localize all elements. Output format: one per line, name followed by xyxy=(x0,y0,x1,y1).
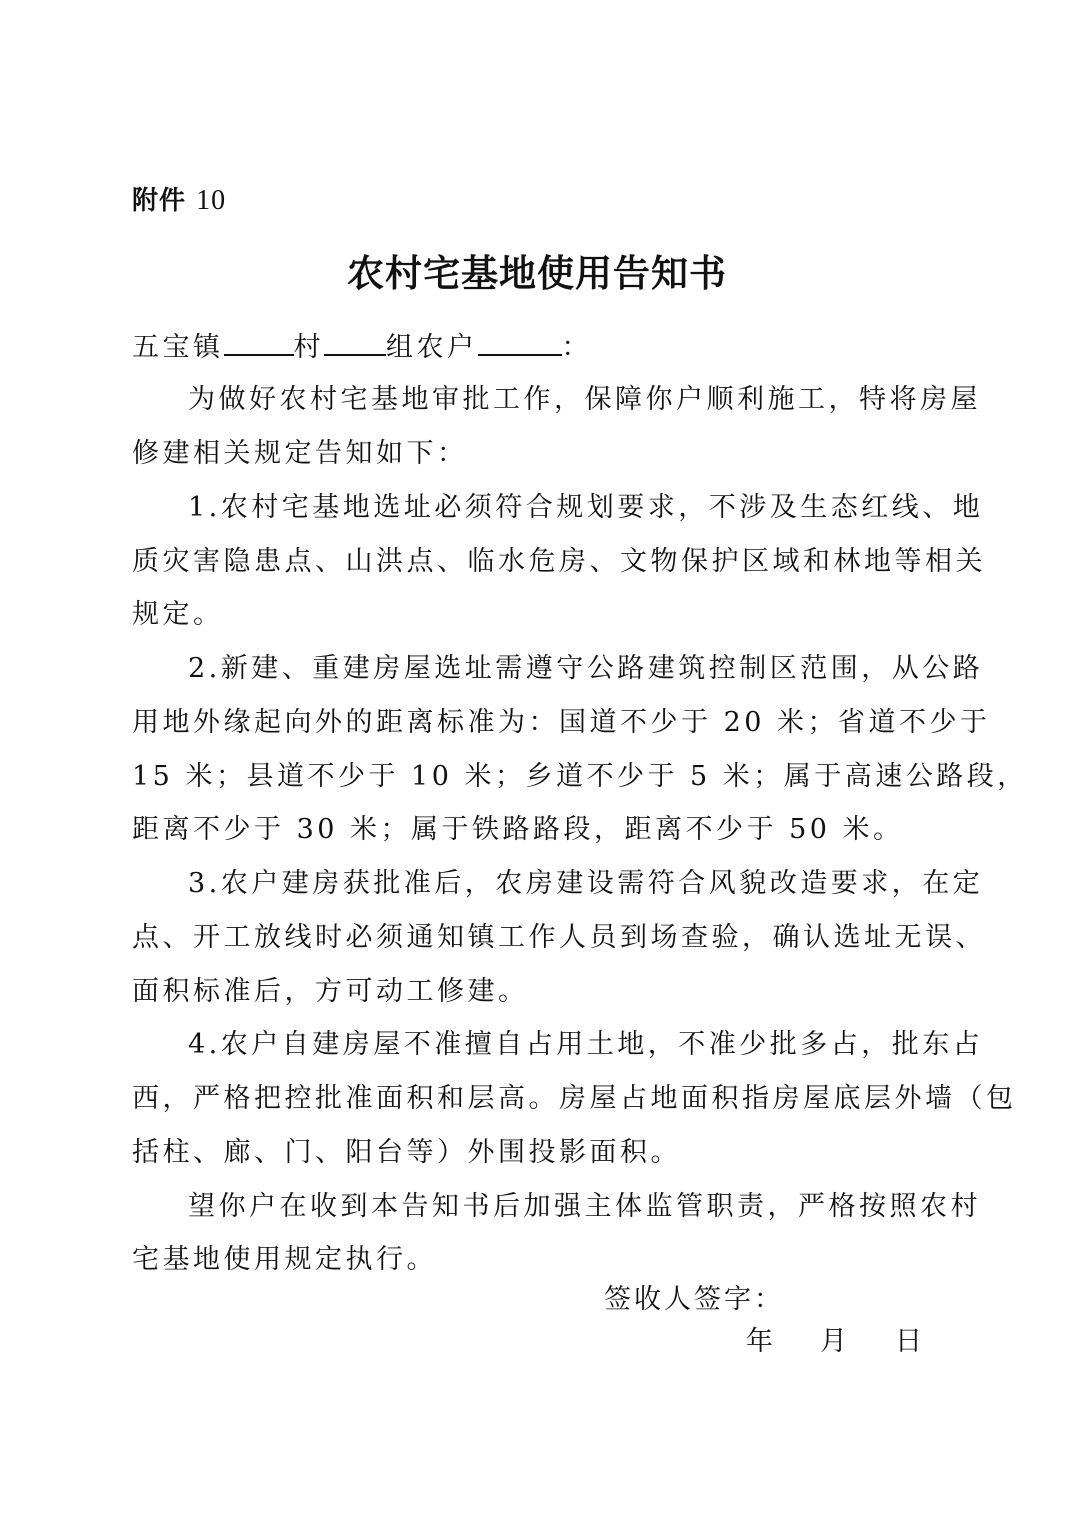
village-blank[interactable] xyxy=(224,328,294,356)
attachment-text: 附件 xyxy=(132,186,186,216)
item-1-line-1: 1.农村宅基地选址必须符合规划要求，不涉及生态红线、地 xyxy=(188,491,983,525)
closing-line-2: 宅基地使用规定执行。 xyxy=(132,1243,437,1277)
intro-line-1: 为做好农村宅基地审批工作，保障你户顺利施工，特将房屋 xyxy=(188,383,981,417)
date-year: 年 xyxy=(746,1325,773,1359)
closing-line-1: 望你户在收到本告知书后加强主体监管职责，严格按照农村 xyxy=(188,1190,981,1224)
date-day: 日 xyxy=(895,1325,922,1359)
item-2-line-3: 15 米；县道不少于 10 米；乡道不少于 5 米；属于高速公路段， xyxy=(132,760,1028,794)
item-2-line-1: 2.新建、重建房屋选址需遵守公路建筑控制区范围，从公路 xyxy=(188,652,983,686)
attachment-number: 10 xyxy=(196,185,226,216)
item-3-line-3: 面积标准后，方可动工修建。 xyxy=(132,975,529,1009)
date-month: 月 xyxy=(820,1325,847,1359)
item-4-line-2: 西，严格把控批准面积和层高。房屋占地面积指房屋底层外墙（包 xyxy=(132,1082,1017,1116)
item-2-line-2: 用地外缘起向外的距离标准为：国道不少于 20 米；省道不少于 xyxy=(132,706,991,740)
household-blank[interactable] xyxy=(478,328,562,356)
group-label: 组农户 xyxy=(386,332,478,363)
item-2-line-4: 距离不少于 30 米；属于铁路路段，距离不少于 50 米。 xyxy=(132,813,904,847)
attachment-label: 附件 10 xyxy=(132,184,226,218)
signature-label: 签收人签字： xyxy=(604,1283,784,1317)
document-title: 农村宅基地使用告知书 xyxy=(0,250,1074,298)
village-label: 村 xyxy=(294,332,325,363)
item-1-line-3: 规定。 xyxy=(132,598,224,632)
salutation: 五宝镇村组农户： xyxy=(132,328,592,365)
town-name: 五宝镇 xyxy=(132,332,224,363)
item-4-line-1: 4.农户自建房屋不准擅自占用土地，不准少批多占，批东占 xyxy=(188,1028,983,1062)
group-blank[interactable] xyxy=(324,328,386,356)
item-3-line-1: 3.农户建房获批准后，农房建设需符合风貌改造要求，在定 xyxy=(188,867,983,901)
item-4-line-3: 括柱、廊、门、阳台等）外围投影面积。 xyxy=(132,1136,681,1170)
item-1-line-2: 质灾害隐患点、山洪点、临水危房、文物保护区域和林地等相关 xyxy=(132,545,986,579)
intro-line-2: 修建相关规定告知如下： xyxy=(132,437,468,471)
item-3-line-2: 点、开工放线时必须通知镇工作人员到场查验，确认选址无误、 xyxy=(132,921,986,955)
salutation-colon: ： xyxy=(562,332,593,363)
